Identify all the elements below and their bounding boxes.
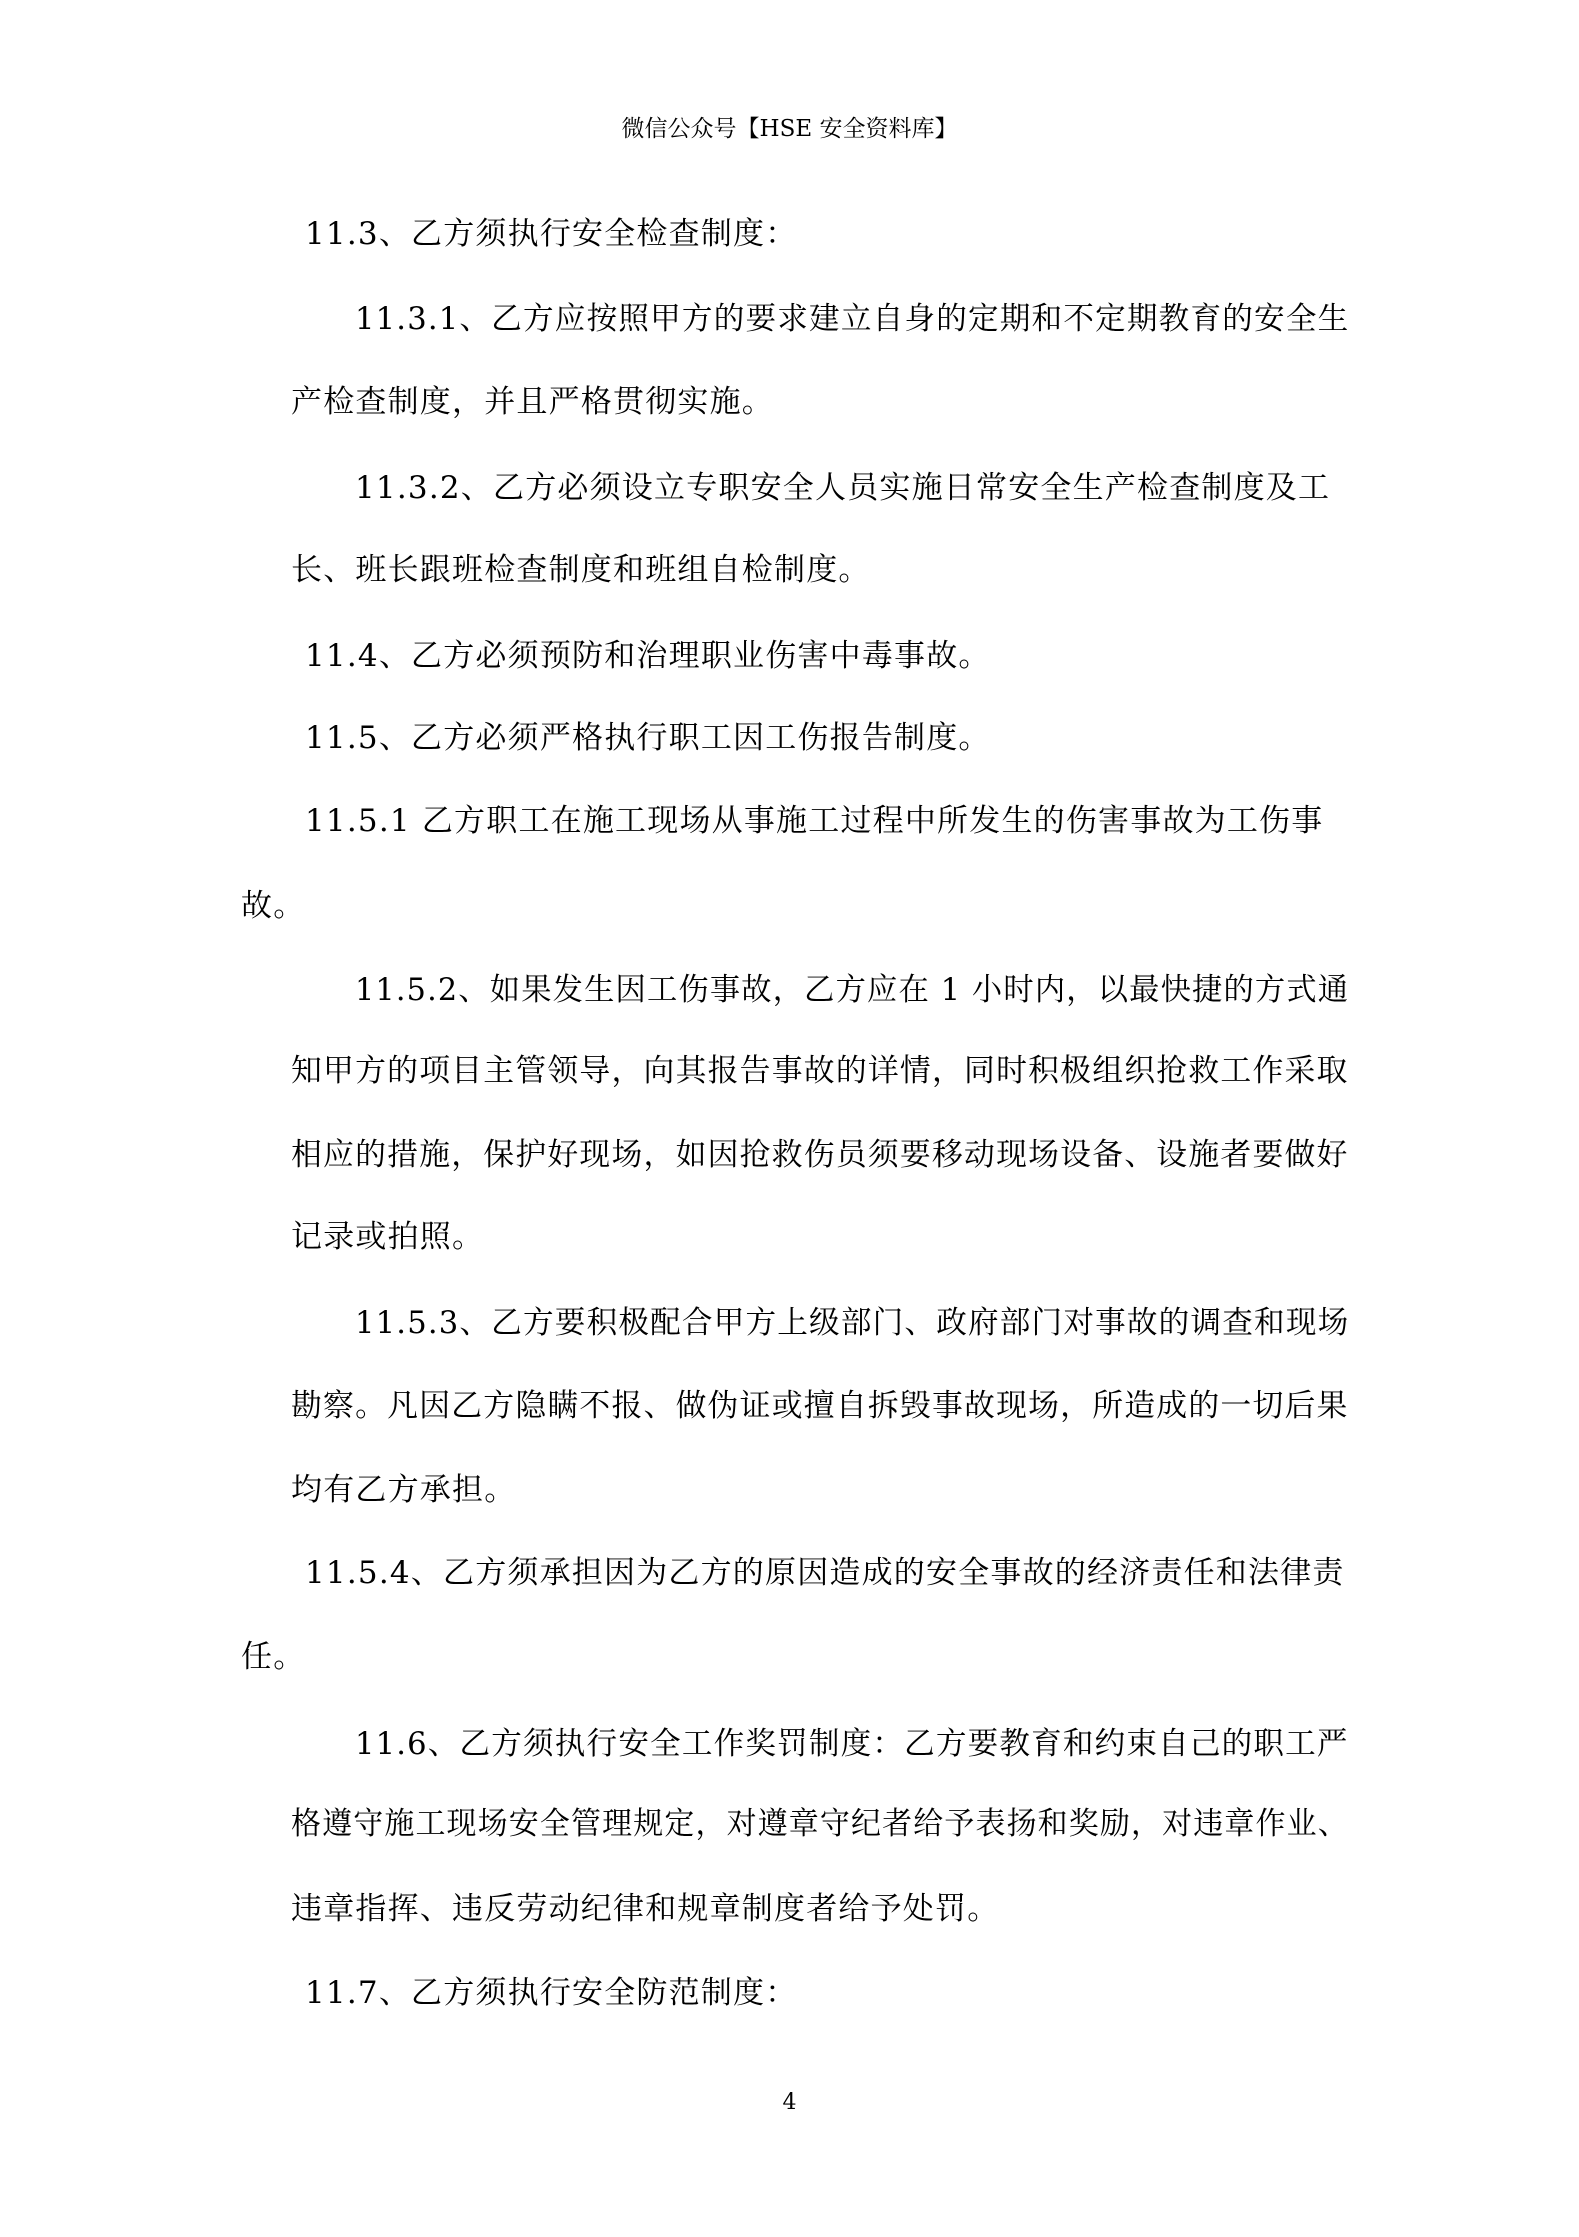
paragraph-line: 故。: [241, 886, 305, 926]
paragraph-line: 任。: [241, 1637, 305, 1677]
paragraph-line: 11.5.1 乙方职工在施工现场从事施工过程中所发生的伤害事故为工伤事: [305, 801, 1323, 841]
paragraph-line: 记录或拍照。: [291, 1217, 484, 1257]
paragraph-line: 11.5.3、乙方要积极配合甲方上级部门、政府部门对事故的调查和现场: [355, 1303, 1349, 1343]
paragraph-line: 长、班长跟班检查制度和班组自检制度。: [291, 550, 871, 590]
paragraph-line: 11.5.2、如果发生因工伤事故，乙方应在 1 小时内，以最快捷的方式通: [355, 970, 1349, 1010]
paragraph-line: 11.4、乙方必须预防和治理职业伤害中毒事故。: [305, 636, 991, 676]
paragraph-line: 勘察。凡因乙方隐瞒不报、做伪证或擅自拆毁事故现场，所造成的一切后果: [291, 1386, 1349, 1426]
page-header: 微信公众号【HSE 安全资料库】: [0, 112, 1579, 146]
paragraph-line: 均有乙方承担。: [291, 1470, 516, 1510]
paragraph-line: 违章指挥、违反劳动纪律和规章制度者给予处罚。: [291, 1889, 999, 1929]
paragraph-line: 产检查制度，并且严格贯彻实施。: [291, 382, 774, 422]
page-number: 4: [0, 2090, 1579, 2115]
paragraph-line: 11.3.1、乙方应按照甲方的要求建立自身的定期和不定期教育的安全生: [355, 299, 1349, 339]
paragraph-line: 11.6、乙方须执行安全工作奖罚制度：乙方要教育和约束自己的职工严: [355, 1724, 1349, 1764]
paragraph-line: 11.5、乙方必须严格执行职工因工伤报告制度。: [305, 718, 991, 758]
paragraph-line: 相应的措施，保护好现场，如因抢救伤员须要移动现场设备、设施者要做好: [291, 1135, 1349, 1175]
paragraph-line: 11.5.4、乙方须承担因为乙方的原因造成的安全事故的经济责任和法律责: [305, 1553, 1345, 1593]
paragraph-line: 知甲方的项目主管领导，向其报告事故的详情，同时积极组织抢救工作采取: [291, 1051, 1349, 1091]
paragraph-line: 11.3.2、乙方必须设立专职安全人员实施日常安全生产检查制度及工: [355, 468, 1330, 508]
paragraph-line: 格遵守施工现场安全管理规定，对遵章守纪者给予表扬和奖励，对违章作业、: [291, 1804, 1349, 1844]
paragraph-line: 11.7、乙方须执行安全防范制度：: [305, 1973, 797, 2013]
paragraph-line: 11.3、乙方须执行安全检查制度：: [305, 214, 797, 254]
